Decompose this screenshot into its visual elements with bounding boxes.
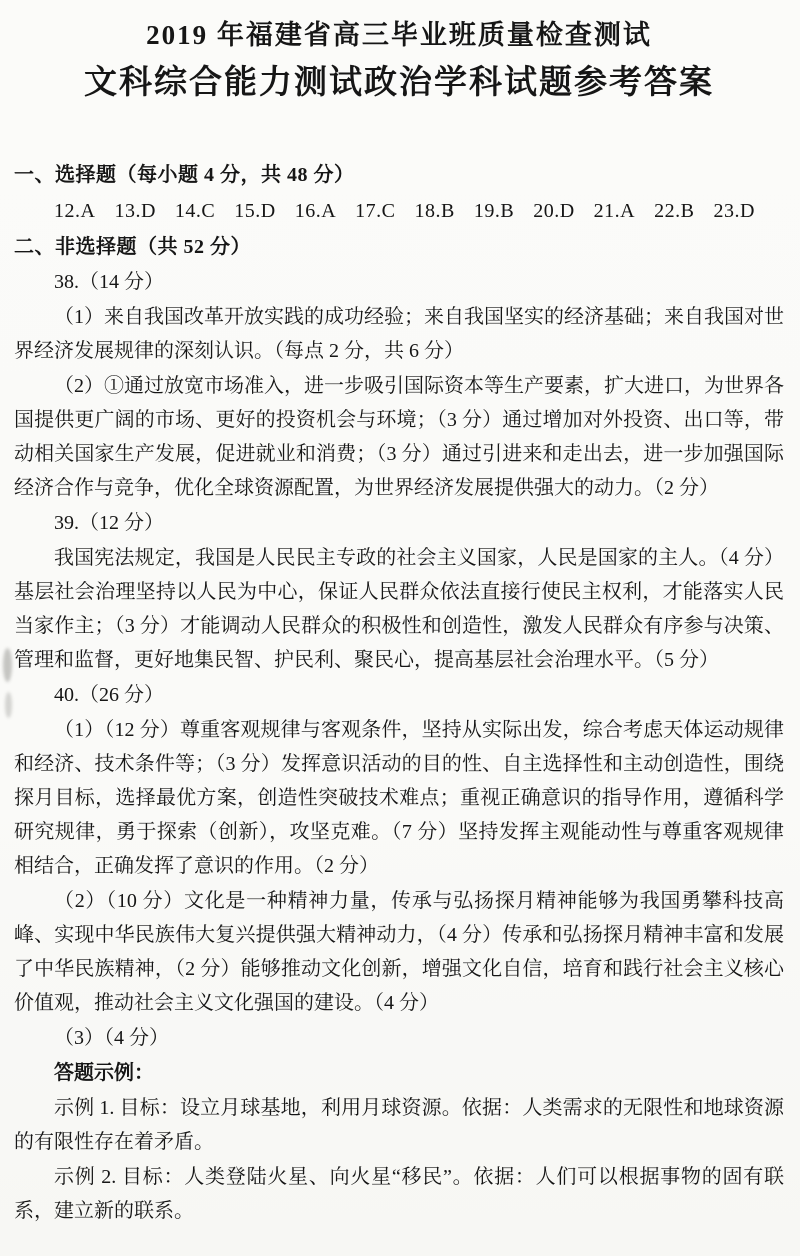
document-content: 2019 年福建省高三毕业班质量检查测试 文科综合能力测试政治学科试题参考答案 …: [0, 0, 800, 1228]
answer-item: 21.A: [594, 194, 635, 228]
question-40-label: 40.（26 分）: [14, 678, 784, 712]
scanned-document-page: 2019 年福建省高三毕业班质量检查测试 文科综合能力测试政治学科试题参考答案 …: [0, 0, 800, 1256]
document-title-line2: 文科综合能力测试政治学科试题参考答案: [14, 58, 784, 108]
answer-item: 14.C: [175, 194, 215, 228]
document-title-line1: 2019 年福建省高三毕业班质量检查测试: [14, 14, 784, 56]
question-40-part3-label: （3）（4 分）: [14, 1021, 784, 1055]
answer-item: 19.B: [474, 194, 514, 228]
example-heading: 答题示例：: [14, 1056, 784, 1090]
answer-item: 18.B: [415, 194, 455, 228]
title-block: 2019 年福建省高三毕业班质量检查测试 文科综合能力测试政治学科试题参考答案: [14, 14, 784, 108]
question-40-answer-1: （1）（12 分）尊重客观规律与客观条件，坚持从实际出发，综合考虑天体运动规律和…: [14, 713, 784, 883]
answer-item: 22.B: [654, 194, 694, 228]
question-38-answer-2: （2）①通过放宽市场准入，进一步吸引国际资本等生产要素，扩大进口，为世界各国提供…: [14, 369, 784, 505]
section-heading-choice: 一、选择题（每小题 4 分，共 48 分）: [14, 158, 784, 192]
question-38-answer-1: （1）来自我国改革开放实践的成功经验；来自我国坚实的经济基础；来自我国对世界经济…: [14, 300, 784, 368]
answer-item: 23.D: [713, 194, 754, 228]
choice-answers: 12.A13.D14.C15.D16.A17.C18.B19.B20.D21.A…: [14, 194, 784, 228]
question-39-label: 39.（12 分）: [14, 506, 784, 540]
section-heading-nonchoice: 二、非选择题（共 52 分）: [14, 230, 784, 264]
answer-item: 20.D: [533, 194, 574, 228]
question-39-answer: 我国宪法规定，我国是人民民主专政的社会主义国家，人民是国家的主人。（4 分）基层…: [14, 541, 784, 677]
answer-item: 12.A: [54, 194, 95, 228]
answer-item: 17.C: [355, 194, 395, 228]
answer-item: 16.A: [295, 194, 336, 228]
example-1: 示例 1. 目标：设立月球基地，利用月球资源。依据：人类需求的无限性和地球资源的…: [14, 1091, 784, 1159]
document-body: 一、选择题（每小题 4 分，共 48 分） 12.A13.D14.C15.D16…: [14, 158, 784, 1228]
example-2: 示例 2. 目标：人类登陆火星、向火星“移民”。依据：人们可以根据事物的固有联系…: [14, 1160, 784, 1228]
question-40-answer-2: （2）（10 分）文化是一种精神力量，传承与弘扬探月精神能够为我国勇攀科技高峰、…: [14, 884, 784, 1020]
answer-item: 15.D: [234, 194, 275, 228]
question-38-label: 38.（14 分）: [14, 265, 784, 299]
answer-item: 13.D: [114, 194, 155, 228]
